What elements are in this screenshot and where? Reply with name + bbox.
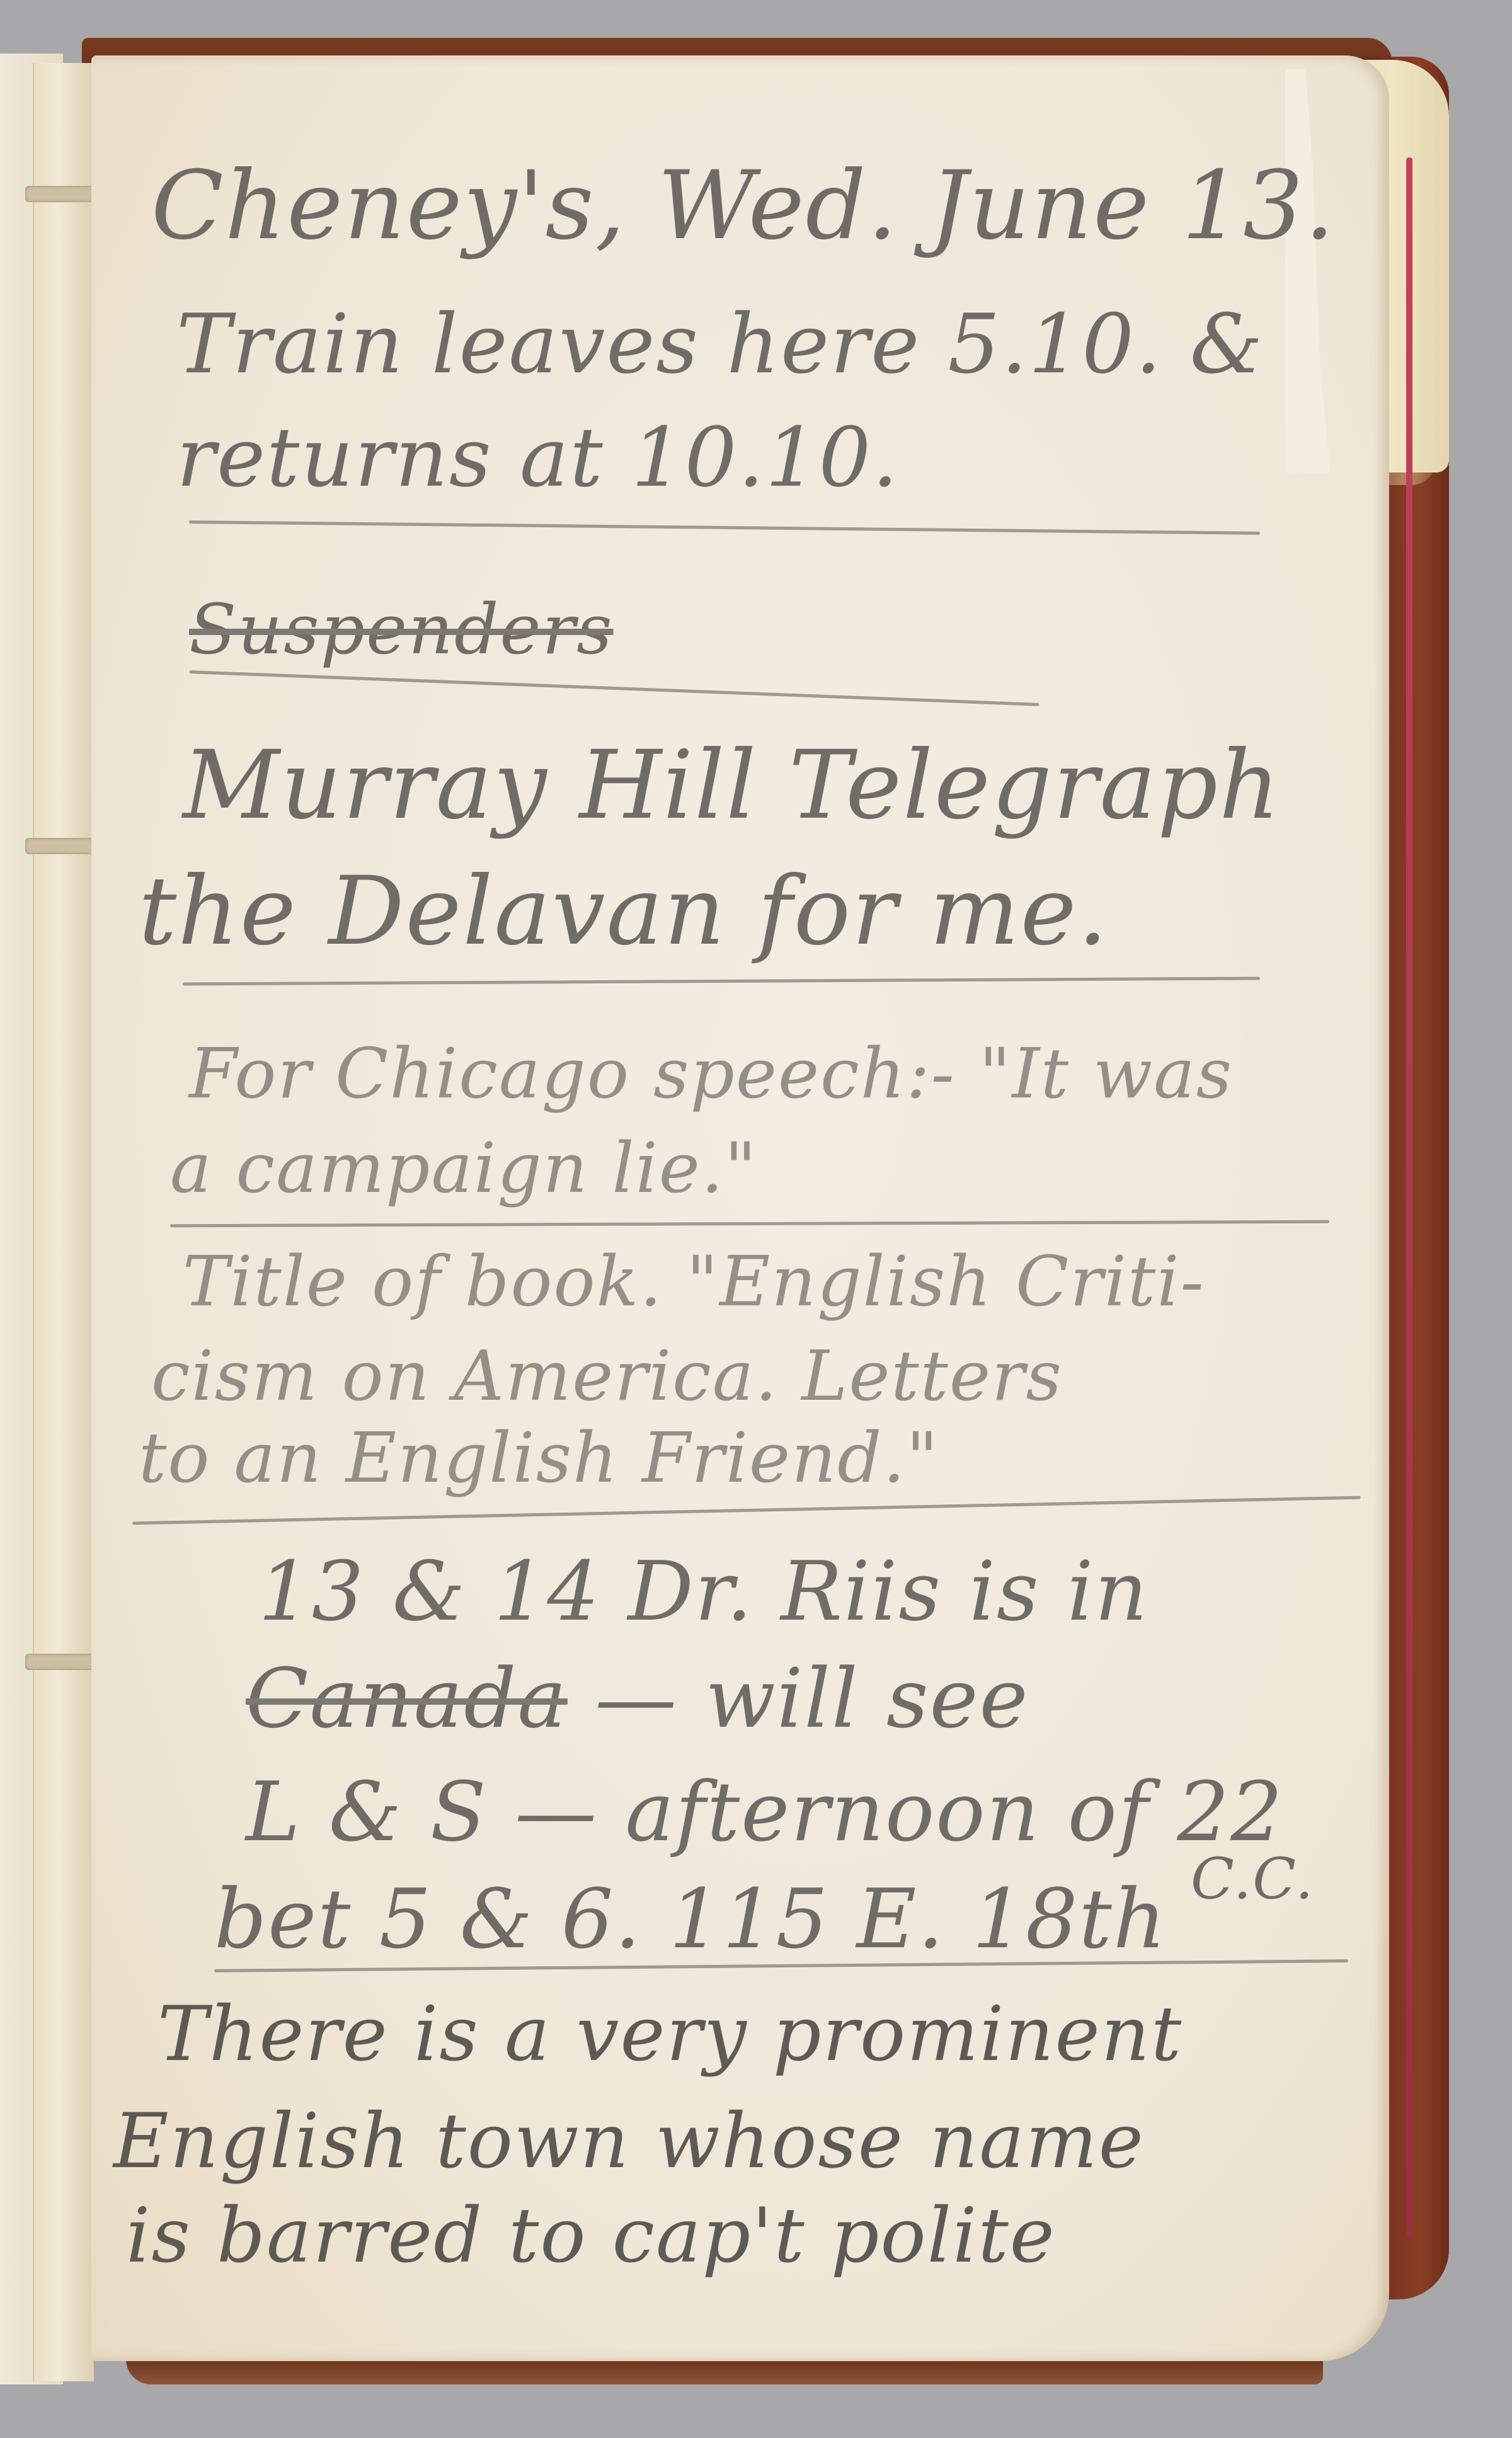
- struck-word-canada: Canada: [246, 1651, 568, 1746]
- entry-cheney-line-3: returns at 10.10.: [176, 409, 900, 505]
- red-page-edge: [1406, 157, 1412, 2236]
- binding-gutter: [33, 63, 94, 2381]
- binding-stitch: [25, 186, 101, 202]
- riis-line-2-rest: — will see: [595, 1651, 1029, 1746]
- entry-riis-line-1: 13 & 14 Dr. Riis is in: [258, 1543, 1148, 1639]
- leather-cover-bottom: [126, 2359, 1323, 2384]
- entry-suspenders-struck: Suspenders: [189, 589, 614, 670]
- entry-cheney-line-2: Train leaves here 5.10. &: [176, 296, 1264, 392]
- binding-stitch: [25, 1654, 101, 1670]
- entry-telegraph-line-1: Murray Hill Telegraph: [183, 731, 1281, 840]
- entry-book-line-3: to an English Friend.": [139, 1417, 939, 1498]
- entry-town-line-3: is barred to cap't polite: [126, 2192, 1056, 2280]
- notebook-scan: Cheney's, Wed. June 13. Train leaves her…: [0, 0, 1512, 2438]
- entry-riis-note-cc: C.C.: [1191, 1846, 1315, 1912]
- entry-book-line-1: Title of book. "English Criti-: [183, 1241, 1205, 1322]
- entry-chicago-line-1: For Chicago speech:- "It was: [189, 1033, 1233, 1114]
- binding-stitch: [25, 838, 101, 854]
- entry-riis-line-4: bet 5 & 6. 115 E. 18th: [214, 1871, 1167, 1967]
- entry-chicago-line-2: a campaign lie.": [170, 1128, 757, 1208]
- entry-riis-line-3: L & S — afternoon of 22: [246, 1764, 1284, 1860]
- entry-town-line-1: There is a very prominent: [157, 1991, 1183, 2078]
- entry-cheney-line-1: Cheney's, Wed. June 13.: [151, 151, 1336, 261]
- entry-town-line-2: English town whose name: [113, 2098, 1145, 2185]
- entry-telegraph-line-2: the Delavan for me.: [139, 857, 1109, 966]
- entry-riis-line-2: Canada — will see: [246, 1651, 1029, 1746]
- entry-book-line-2: cism on America. Letters: [151, 1336, 1063, 1416]
